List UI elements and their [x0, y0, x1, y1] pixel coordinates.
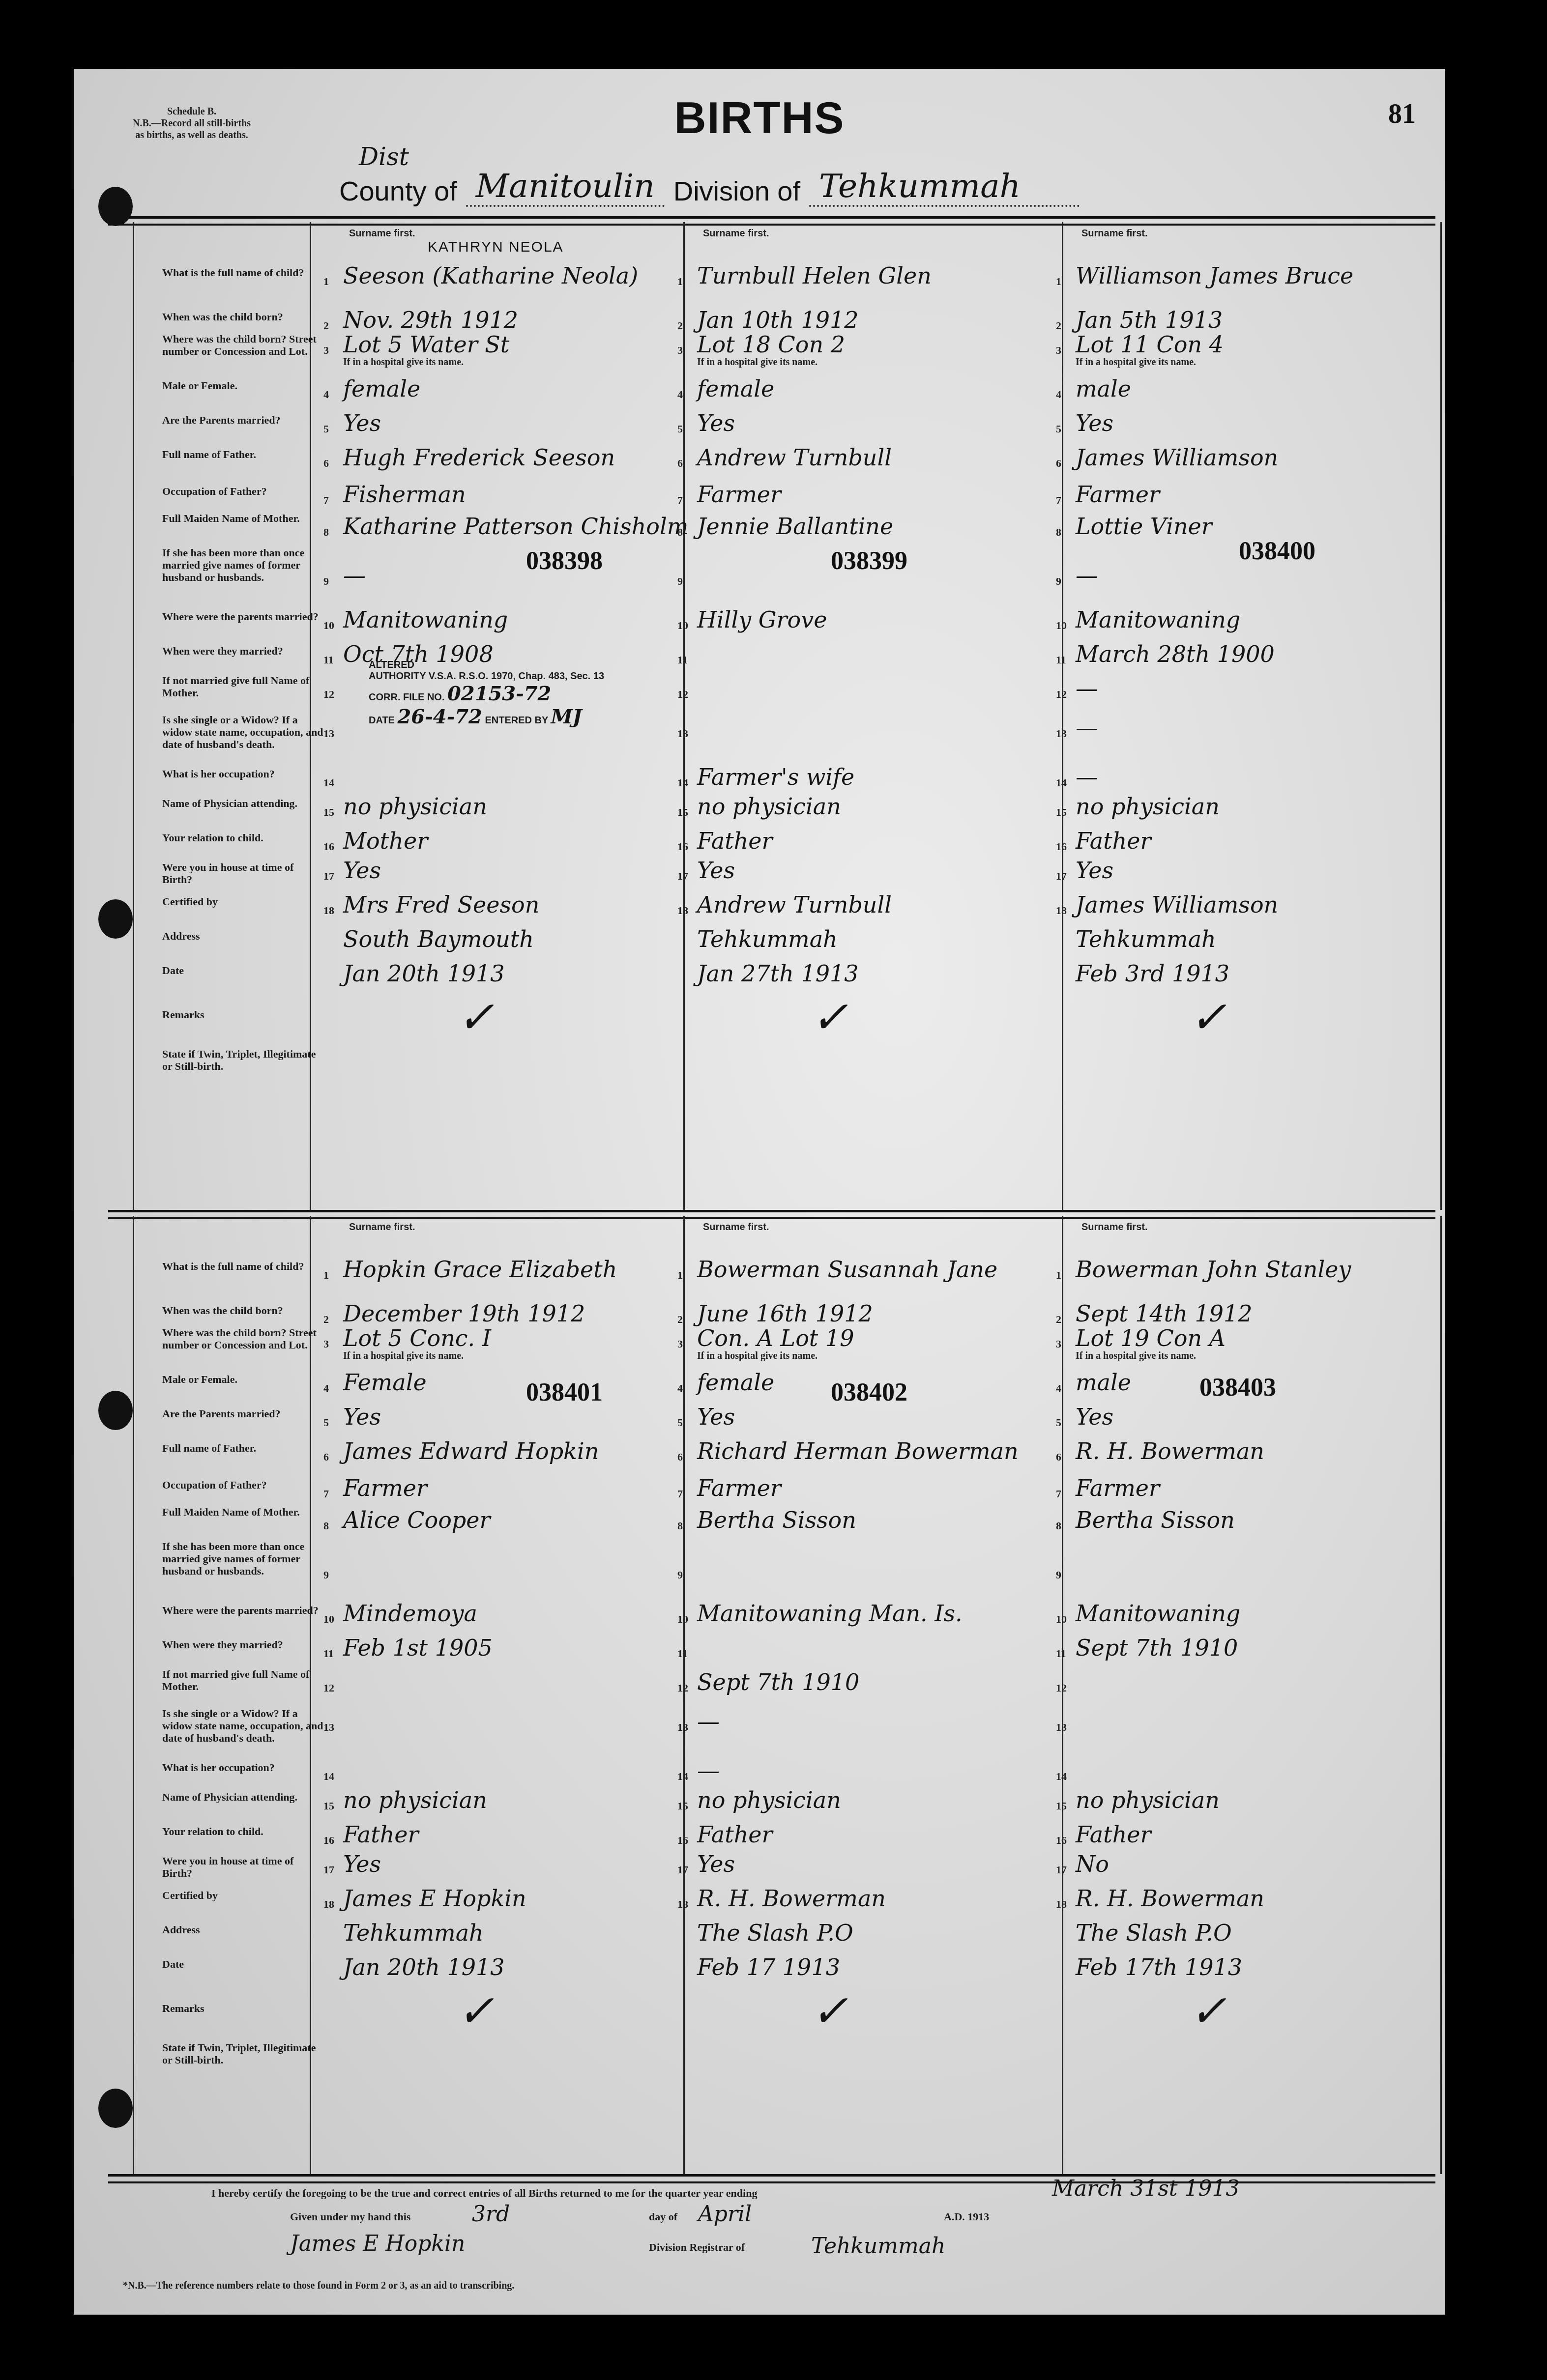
- question-label: Male or Female.: [162, 1373, 324, 1385]
- reference-number: 17: [1056, 870, 1067, 883]
- value-sex: male: [1076, 376, 1131, 401]
- value-relation: Mother: [343, 829, 428, 853]
- value-father-occupation: Farmer: [697, 1476, 781, 1500]
- reference-number: 10: [323, 1613, 334, 1626]
- value-address: The Slash P.O: [1076, 1921, 1232, 1945]
- corr-file-no: 02153-72: [447, 682, 551, 705]
- value-address: Tehkummah: [343, 1921, 484, 1945]
- reference-number: 5: [1056, 423, 1061, 435]
- value-name: Bowerman Susannah Jane: [697, 1257, 997, 1282]
- division-label: Division of: [673, 175, 800, 207]
- value-where-married: Manitowaning: [1076, 1601, 1240, 1626]
- reference-number: 6: [1056, 1451, 1061, 1463]
- value-physician: no physician: [343, 1788, 487, 1812]
- birth-record-column: Surname first.1Williamson James Bruce2Ja…: [1052, 222, 1406, 1210]
- value-name: Turnbull Helen Glen: [697, 263, 932, 288]
- question-label: What is the full name of child?: [162, 266, 324, 279]
- value-relation: Father: [1076, 829, 1151, 853]
- value-address: South Baymouth: [343, 927, 534, 951]
- value-father: Andrew Turnbull: [697, 445, 892, 470]
- reference-number: 5: [677, 423, 683, 435]
- value-mother-maiden: Katharine Patterson Chisholm: [343, 514, 688, 539]
- value-in-house: Yes: [697, 858, 735, 883]
- reference-number: 16: [677, 1834, 688, 1847]
- reference-number: 18: [323, 904, 334, 917]
- value-her-occupation: Farmer's wife: [697, 765, 854, 789]
- reference-number: 11: [1056, 654, 1066, 666]
- question-label: If not married give full Name of Mother.: [162, 674, 324, 699]
- reference-number: 4: [677, 1382, 683, 1395]
- reference-number: 13: [1056, 727, 1067, 740]
- question-label: When were they married?: [162, 645, 324, 657]
- reference-number: 10: [677, 619, 688, 632]
- name-annotation: KATHRYN NEOLA: [428, 239, 564, 256]
- birth-record-column: Surname first.1Bowerman John Stanley2Sep…: [1052, 1216, 1406, 2174]
- value-where-married: Mindemoya: [343, 1601, 477, 1626]
- hospital-hint: If in a hospital give its name.: [697, 357, 817, 368]
- corr-date-line: DATE 26-4-72 ENTERED BY MJ: [369, 705, 604, 728]
- value-in-house: Yes: [343, 1852, 381, 1876]
- value-in-house: Yes: [343, 858, 381, 883]
- value-mother-maiden: Jennie Ballantine: [697, 514, 893, 539]
- value-former-husbands: —: [1076, 563, 1098, 588]
- question-label: State if Twin, Triplet, Illegitimate or …: [162, 2041, 324, 2066]
- reference-number: 9: [323, 1569, 329, 1581]
- value-parents-married: Yes: [697, 411, 735, 435]
- page-number: 81: [1388, 98, 1416, 130]
- reference-number: 18: [1056, 1898, 1067, 1911]
- reference-number: 18: [677, 1898, 688, 1911]
- value-date: Feb 3rd 1913: [1076, 961, 1229, 986]
- question-label: Occupation of Father?: [162, 1479, 324, 1491]
- question-label: Certified by: [162, 895, 324, 908]
- reference-number: 8: [1056, 526, 1061, 539]
- question-label: What is the full name of child?: [162, 1260, 324, 1272]
- question-label: Were you in house at time of Birth?: [162, 861, 324, 886]
- value-her-occupation: —: [697, 1758, 720, 1783]
- value-when-married: Feb 1st 1905: [343, 1635, 493, 1660]
- reference-number: 8: [1056, 1520, 1061, 1532]
- value-where: Con. A Lot 19: [697, 1326, 854, 1350]
- value-where: Lot 5 Conc. I: [343, 1326, 491, 1350]
- column-rule: [1440, 1216, 1442, 2174]
- value-certified-by: James Williamson: [1076, 892, 1278, 917]
- reference-number: 14: [1056, 1770, 1067, 1783]
- reference-number: 16: [1056, 840, 1067, 853]
- reference-number: 1: [323, 275, 329, 288]
- value-physician: no physician: [1076, 794, 1220, 819]
- corr-date-label: DATE: [369, 715, 395, 726]
- value-born: December 19th 1912: [343, 1301, 585, 1326]
- reference-number: 4: [677, 388, 683, 401]
- value-where: Lot 18 Con 2: [697, 332, 845, 357]
- question-label: Are the Parents married?: [162, 414, 324, 426]
- value-where: Lot 19 Con A: [1076, 1326, 1226, 1350]
- surname-first-header: Surname first.: [703, 228, 769, 239]
- value-sex: male: [1076, 1370, 1131, 1395]
- hospital-hint: If in a hospital give its name.: [343, 1350, 464, 1362]
- reference-number: 7: [323, 1488, 329, 1500]
- reference-number: 12: [1056, 1682, 1067, 1694]
- reference-number: 1: [677, 275, 683, 288]
- reference-number: 7: [677, 1488, 683, 1500]
- reference-number: 15: [1056, 1800, 1067, 1812]
- value-name: Hopkin Grace Elizabeth: [343, 1257, 617, 1282]
- value-address: Tehkummah: [697, 927, 838, 951]
- value-widow: —: [697, 1709, 720, 1734]
- reference-number: 1: [1056, 275, 1061, 288]
- reference-number: 16: [323, 1834, 334, 1847]
- reference-number: 12: [323, 1682, 334, 1694]
- county-value: Manitoulin: [466, 167, 665, 207]
- question-label: Were you in house at time of Birth?: [162, 1855, 324, 1879]
- reference-number: 15: [323, 1800, 334, 1812]
- value-date: Jan 27th 1913: [697, 961, 858, 986]
- reference-number: 7: [1056, 494, 1061, 507]
- reference-number: 13: [677, 727, 688, 740]
- value-father-occupation: Farmer: [343, 1476, 427, 1500]
- value-relation: Father: [1076, 1822, 1151, 1847]
- value-where-married: Hilly Grove: [697, 607, 827, 632]
- question-label: Where was the child born? Street number …: [162, 333, 324, 357]
- reference-number: 15: [323, 806, 334, 819]
- surname-first-header: Surname first.: [703, 1222, 769, 1233]
- registrar-label: Division Registrar of: [649, 2241, 745, 2254]
- value-address: The Slash P.O: [697, 1921, 853, 1945]
- question-label: When were they married?: [162, 1638, 324, 1651]
- question-label: Full Maiden Name of Mother.: [162, 1506, 324, 1518]
- registration-number: 038403: [1199, 1373, 1276, 1402]
- surname-first-header: Surname first.: [349, 1222, 415, 1233]
- question-label: When was the child born?: [162, 311, 324, 323]
- value-father: Richard Herman Bowerman: [697, 1439, 1019, 1463]
- reference-number: 3: [1056, 1338, 1061, 1350]
- value-father-occupation: Farmer: [697, 482, 781, 507]
- value-sex: female: [343, 376, 420, 401]
- page-title: BIRTHS: [74, 93, 1445, 144]
- value-in-house: Yes: [1076, 858, 1113, 883]
- value-date: Jan 20th 1913: [343, 1955, 504, 1979]
- given-day: 3rd: [472, 2202, 510, 2227]
- reference-number: 14: [323, 776, 334, 789]
- reference-number: 6: [323, 1451, 329, 1463]
- question-label: If she has been more than once married g…: [162, 1540, 324, 1577]
- correction-stamp: ALTEREDAUTHORITY V.S.A. R.S.O. 1970, Cha…: [369, 660, 604, 728]
- birth-register-page: Schedule B. N.B.—Record all still-births…: [74, 69, 1445, 2315]
- value-father-occupation: Fisherman: [343, 482, 466, 507]
- value-parents-married: Yes: [343, 411, 381, 435]
- reference-number: 6: [323, 457, 329, 470]
- value-sex: female: [697, 376, 774, 401]
- reference-number: 3: [323, 1338, 329, 1350]
- value-physician: no physician: [343, 794, 487, 819]
- question-label: What is her occupation?: [162, 768, 324, 780]
- birth-record-column: Surname first.1Turnbull Helen Glen2Jan 1…: [673, 222, 1027, 1210]
- column-rule: [310, 1216, 311, 2174]
- value-when-married: March 28th 1900: [1076, 642, 1275, 666]
- reference-number: 7: [323, 494, 329, 507]
- reference-number: 1: [1056, 1269, 1061, 1282]
- reference-number: 18: [1056, 904, 1067, 917]
- reference-number: 11: [1056, 1647, 1066, 1660]
- question-label: Remarks: [162, 1008, 324, 1021]
- reference-number: 17: [323, 870, 334, 883]
- reference-number: 4: [1056, 1382, 1061, 1395]
- value-physician: no physician: [1076, 1788, 1220, 1812]
- reference-number: 12: [323, 688, 334, 701]
- reference-number: 10: [323, 619, 334, 632]
- value-remarks: ✓: [1190, 1005, 1226, 1030]
- value-in-house: No: [1076, 1852, 1109, 1876]
- value-born: Jan 10th 1912: [697, 308, 858, 332]
- value-mother-maiden: Lottie Viner: [1076, 514, 1212, 539]
- reference-number: 12: [1056, 688, 1067, 701]
- ad-prefix: A.D. 19: [944, 2210, 978, 2223]
- value-if-not-married: Sept 7th 1910: [697, 1670, 859, 1694]
- value-father: Hugh Frederick Seeson: [343, 445, 615, 470]
- value-her-occupation: —: [1076, 765, 1098, 789]
- reference-number: 2: [323, 319, 329, 332]
- question-label: Male or Female.: [162, 379, 324, 392]
- reference-number: 11: [677, 654, 688, 666]
- question-label: Your relation to child.: [162, 1825, 324, 1837]
- question-label: Is she single or a Widow? If a widow sta…: [162, 1707, 324, 1744]
- registrar-signature: James E Hopkin: [290, 2231, 465, 2256]
- division-value: Tehkummah: [809, 167, 1080, 207]
- column-rule: [133, 222, 134, 1210]
- reference-number: 9: [1056, 575, 1061, 588]
- value-widow: —: [1076, 716, 1098, 740]
- reference-number: 14: [1056, 776, 1067, 789]
- hospital-hint: If in a hospital give its name.: [697, 1350, 817, 1362]
- question-label: What is her occupation?: [162, 1761, 324, 1774]
- reference-number: 3: [677, 344, 683, 357]
- column-rule: [133, 1216, 134, 2174]
- question-label: Where were the parents married?: [162, 1604, 324, 1616]
- reference-number: 1: [323, 1269, 329, 1282]
- birth-record-column: Surname first.KATHRYN NEOLA1Seeson (Kath…: [320, 222, 673, 1210]
- value-certified-by: Andrew Turnbull: [697, 892, 892, 917]
- quarter-ending: March 31st 1913: [1052, 2176, 1240, 2201]
- reference-number: 9: [1056, 1569, 1061, 1581]
- reference-number: 12: [677, 1682, 688, 1694]
- value-remarks: ✓: [457, 1999, 494, 2024]
- reference-number: 11: [323, 1647, 334, 1660]
- entered-by-label: ENTERED BY: [485, 715, 548, 726]
- value-parents-married: Yes: [1076, 1405, 1113, 1429]
- reference-number: 6: [677, 1451, 683, 1463]
- value-father: R. H. Bowerman: [1076, 1439, 1264, 1463]
- value-name: Bowerman John Stanley: [1076, 1257, 1351, 1282]
- county-label: County of: [339, 175, 457, 207]
- reference-number: 15: [1056, 806, 1067, 819]
- value-mother-maiden: Alice Cooper: [343, 1508, 491, 1532]
- reference-number: 3: [1056, 344, 1061, 357]
- value-date: Jan 20th 1913: [343, 961, 504, 986]
- question-label: Certified by: [162, 1889, 324, 1901]
- question-label: State if Twin, Triplet, Illegitimate or …: [162, 1048, 324, 1072]
- hospital-hint: If in a hospital give its name.: [1076, 357, 1196, 368]
- certify-text: I hereby certify the foregoing to be the…: [211, 2187, 757, 2200]
- value-certified-by: R. H. Bowerman: [1076, 1886, 1264, 1911]
- registration-number: 038399: [831, 546, 907, 575]
- value-certified-by: R. H. Bowerman: [697, 1886, 886, 1911]
- reference-number: 8: [323, 526, 329, 539]
- question-label: Are the Parents married?: [162, 1407, 324, 1420]
- question-label: Name of Physician attending.: [162, 1791, 324, 1803]
- value-when-married: Sept 7th 1910: [1076, 1635, 1238, 1660]
- registration-number: 038402: [831, 1378, 907, 1407]
- reference-number: 10: [1056, 619, 1067, 632]
- ad-year: 13: [978, 2210, 989, 2223]
- value-parents-married: Yes: [1076, 411, 1113, 435]
- reference-number: 14: [323, 1770, 334, 1783]
- reference-number: 13: [323, 1721, 334, 1734]
- value-born: Sept 14th 1912: [1076, 1301, 1253, 1326]
- given-month: April: [698, 2202, 752, 2227]
- reference-number: 11: [323, 654, 334, 666]
- question-label: Where was the child born? Street number …: [162, 1326, 324, 1351]
- reference-number: 6: [677, 457, 683, 470]
- registration-number: 038400: [1239, 537, 1315, 566]
- value-name: Williamson James Bruce: [1076, 263, 1353, 288]
- value-sex: female: [697, 1370, 774, 1395]
- column-rule: [1440, 222, 1442, 1210]
- reference-number: 13: [677, 1721, 688, 1734]
- reference-number: 9: [323, 575, 329, 588]
- value-name: Seeson (Katharine Neola): [343, 263, 638, 288]
- registrar-division: Tehkummah: [811, 2234, 945, 2259]
- question-label: Full name of Father.: [162, 1442, 324, 1454]
- value-where: Lot 11 Con 4: [1076, 332, 1224, 357]
- value-where-married: Manitowaning Man. Is.: [697, 1601, 963, 1626]
- reference-note: *N.B.—The reference numbers relate to th…: [123, 2280, 514, 2292]
- reference-number: 7: [1056, 1488, 1061, 1500]
- reference-number: 18: [323, 1898, 334, 1911]
- question-label: Where were the parents married?: [162, 610, 324, 623]
- value-born: Jan 5th 1913: [1076, 308, 1223, 332]
- reference-number: 4: [323, 388, 329, 401]
- reference-number: 14: [677, 776, 688, 789]
- value-address: Tehkummah: [1076, 927, 1216, 951]
- question-label: Date: [162, 964, 324, 976]
- question-label: Full Maiden Name of Mother.: [162, 512, 324, 524]
- value-parents-married: Yes: [343, 1405, 381, 1429]
- reference-number: 1: [677, 1269, 683, 1282]
- value-father: James Edward Hopkin: [343, 1439, 599, 1463]
- reference-number: 8: [677, 1520, 683, 1532]
- reference-number: 17: [677, 1864, 688, 1876]
- value-relation: Father: [343, 1822, 419, 1847]
- birth-record-column: Surname first.1Bowerman Susannah Jane2Ju…: [673, 1216, 1027, 2174]
- reference-number: 15: [677, 806, 688, 819]
- reference-number: 17: [323, 1864, 334, 1876]
- reference-number: 12: [677, 688, 688, 701]
- registration-number: 038401: [526, 1378, 603, 1407]
- value-former-husbands: —: [343, 563, 366, 588]
- registration-number: 038398: [526, 546, 603, 575]
- value-remarks: ✓: [811, 1005, 848, 1030]
- reference-number: 3: [677, 1338, 683, 1350]
- value-remarks: ✓: [1190, 1999, 1226, 2024]
- question-label: Address: [162, 930, 324, 942]
- value-certified-by: James E Hopkin: [343, 1886, 526, 1911]
- reference-number: 3: [323, 344, 329, 357]
- value-where: Lot 5 Water St: [343, 332, 509, 357]
- value-father: James Williamson: [1076, 445, 1278, 470]
- ad-label: A.D. 1913: [944, 2210, 989, 2223]
- reference-number: 2: [677, 1313, 683, 1326]
- reference-number: 6: [1056, 457, 1061, 470]
- hospital-hint: If in a hospital give its name.: [1076, 1350, 1196, 1362]
- surname-first-header: Surname first.: [349, 228, 415, 239]
- value-physician: no physician: [697, 794, 841, 819]
- reference-number: 2: [1056, 1313, 1061, 1326]
- reference-number: 17: [677, 870, 688, 883]
- value-physician: no physician: [697, 1788, 841, 1812]
- reference-number: 9: [677, 1569, 683, 1581]
- reference-number: 13: [1056, 1721, 1067, 1734]
- reference-number: 14: [677, 1770, 688, 1783]
- reference-number: 7: [677, 494, 683, 507]
- corr-file-label: CORR. FILE NO.: [369, 692, 444, 703]
- value-born: Nov. 29th 1912: [343, 308, 518, 332]
- question-label: Is she single or a Widow? If a widow sta…: [162, 714, 324, 750]
- reference-number: 10: [1056, 1613, 1067, 1626]
- given-label: Given under my hand this: [290, 2210, 410, 2223]
- hospital-hint: If in a hospital give its name.: [343, 357, 464, 368]
- value-certified-by: Mrs Fred Seeson: [343, 892, 539, 917]
- question-label: When was the child born?: [162, 1304, 324, 1317]
- question-label: Occupation of Father?: [162, 485, 324, 497]
- value-sex: Female: [343, 1370, 427, 1395]
- value-if-not-married: —: [1076, 676, 1098, 701]
- reference-number: 9: [677, 575, 683, 588]
- question-label: Name of Physician attending.: [162, 797, 324, 809]
- value-father-occupation: Farmer: [1076, 482, 1160, 507]
- day-of-label: day of: [649, 2210, 677, 2223]
- entered-by: MJ: [551, 705, 582, 728]
- value-father-occupation: Farmer: [1076, 1476, 1160, 1500]
- corr-date: 26-4-72: [398, 705, 482, 728]
- value-date: Feb 17 1913: [697, 1955, 840, 1979]
- question-label: Remarks: [162, 2002, 324, 2014]
- reference-number: 5: [323, 423, 329, 435]
- reference-number: 8: [677, 526, 683, 539]
- reference-number: 10: [677, 1613, 688, 1626]
- reference-number: 17: [1056, 1864, 1067, 1876]
- question-label: Date: [162, 1958, 324, 1970]
- value-in-house: Yes: [697, 1852, 735, 1876]
- value-where-married: Manitowaning: [1076, 607, 1240, 632]
- birth-record-column: Surname first.1Hopkin Grace Elizabeth2De…: [320, 1216, 673, 2174]
- reference-number: 5: [1056, 1416, 1061, 1429]
- question-label: If not married give full Name of Mother.: [162, 1668, 324, 1692]
- value-born: June 16th 1912: [697, 1301, 873, 1326]
- value-mother-maiden: Bertha Sisson: [1076, 1508, 1235, 1532]
- reference-number: 2: [677, 319, 683, 332]
- reference-number: 8: [323, 1520, 329, 1532]
- reference-number: 2: [323, 1313, 329, 1326]
- reference-number: 16: [1056, 1834, 1067, 1847]
- authority-text: AUTHORITY V.S.A. R.S.O. 1970, Chap. 483,…: [369, 671, 604, 682]
- value-date: Feb 17th 1913: [1076, 1955, 1242, 1979]
- value-mother-maiden: Bertha Sisson: [697, 1508, 856, 1532]
- reference-number: 4: [323, 1382, 329, 1395]
- corr-file-line: CORR. FILE NO. 02153-72: [369, 682, 604, 705]
- records-section-top: What is the full name of child?When was …: [113, 222, 1435, 1210]
- question-label: Your relation to child.: [162, 832, 324, 844]
